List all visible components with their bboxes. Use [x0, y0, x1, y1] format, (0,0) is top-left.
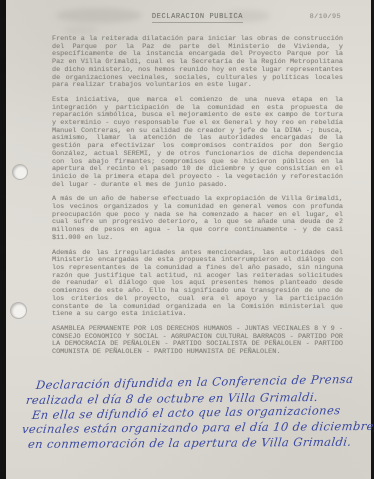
- paragraph-1: Frente a la reiterada dilatación para in…: [52, 36, 343, 90]
- document-title: DECLARACION PUBLICA: [152, 13, 243, 23]
- typed-text-block: DECLARACION PUBLICA 8/10/95 Frente a la …: [52, 14, 343, 357]
- paragraph-2: Esta iniciativa, que marca el comienzo d…: [52, 97, 343, 189]
- document-page: DECLARACION PUBLICA 8/10/95 Frente a la …: [6, 0, 371, 479]
- handwritten-line: en conmemoración de la apertura de Villa…: [27, 435, 371, 452]
- paragraph-4: Además de las irregularidades antes menc…: [52, 250, 343, 319]
- punch-hole-top: [12, 164, 28, 180]
- document-header: DECLARACION PUBLICA 8/10/95: [52, 14, 343, 23]
- paragraph-3: A más de un año de haberse efectuado la …: [52, 196, 343, 242]
- document-date: 8/10/95: [310, 14, 341, 22]
- punch-hole-bottom: [10, 302, 27, 319]
- handwritten-note: Declaración difundida en la Conferencia …: [22, 378, 370, 452]
- scanned-document: DECLARACION PUBLICA 8/10/95 Frente a la …: [0, 0, 374, 479]
- signatories-list: ASAMBLEA PERMANENTE POR LOS DERECHOS HUM…: [52, 326, 343, 357]
